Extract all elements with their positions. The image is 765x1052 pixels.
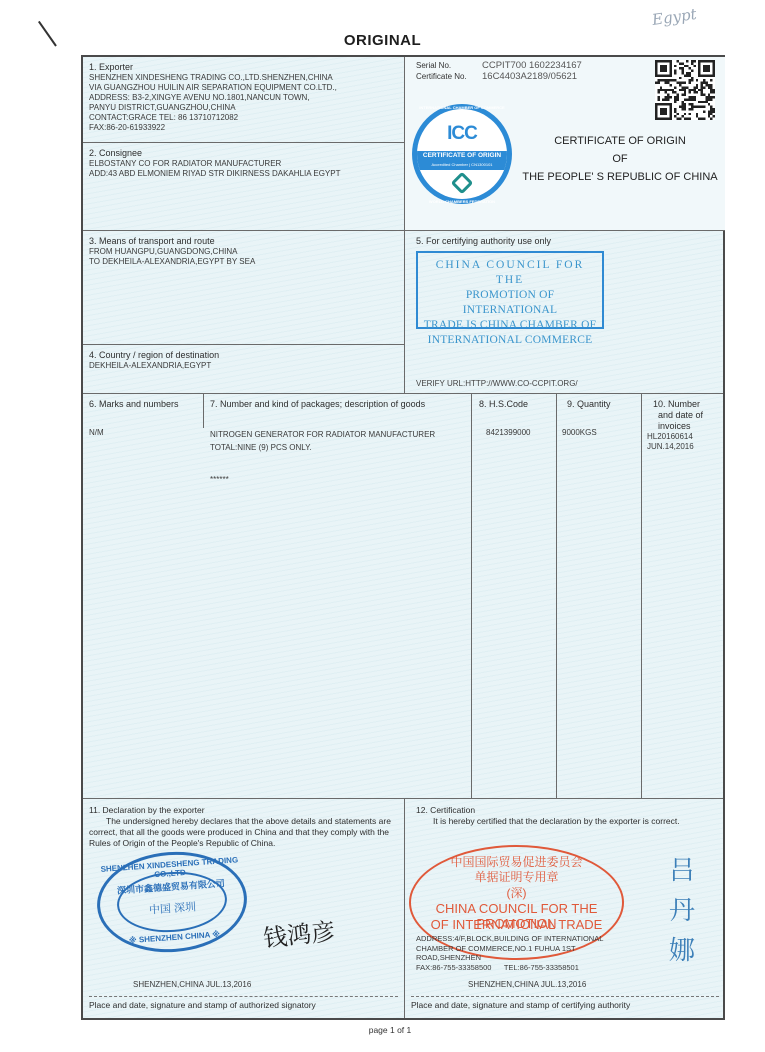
stamp-line: INTERNATIONAL COMMERCE: [422, 333, 598, 348]
certificate-form: 1. Exporter SHENZHEN XINDESHENG TRADING …: [81, 55, 725, 1020]
serial-label: Serial No.: [416, 61, 451, 70]
address-line: ROAD,SHENZHEN: [416, 953, 603, 963]
terminator: ******: [210, 475, 471, 485]
address-line: FAX:86-755-33358500 TEL:86-755-33358501: [416, 963, 603, 973]
exporter-declaration-box: 11. Declaration by the exporter The unde…: [83, 799, 405, 1018]
invoice-line: HL20160614: [647, 432, 725, 442]
transport-box: 3. Means of transport and route FROM HUA…: [83, 231, 405, 345]
icc-band-sub: Accredited Chamber | CN1300101: [417, 161, 507, 168]
address-line: CHAMBER OF COMMERCE,NO.1 FUHUA 1ST: [416, 944, 603, 954]
exporter-stamp: SHENZHEN XINDESHENG TRADING CO.,LTD 深圳市鑫…: [94, 847, 251, 957]
declaration-place-date: SHENZHEN,CHINA JUL.13,2016: [133, 980, 251, 989]
certifying-label: 5. For certifying authority use only: [416, 236, 725, 247]
marks-value: N/M: [89, 428, 203, 438]
invoice-line: JUN.14,2016: [647, 442, 725, 452]
description-line: TOTAL:NINE (9) PCS ONLY.: [210, 441, 471, 454]
verify-url: VERIFY URL:HTTP://WWW.CO-CCPIT.ORG/: [416, 379, 578, 388]
transport-line: FROM HUANGPU,GUANGDONG,CHINA: [89, 247, 404, 257]
declaration-text: The undersigned hereby declares that the…: [89, 816, 404, 849]
hs-code-header: 8. H.S.Code: [479, 399, 556, 410]
transport-line: TO DEKHEILA-ALEXANDRIA,EGYPT BY SEA: [89, 257, 404, 267]
invoice-header: invoices: [653, 421, 725, 432]
certificate-title: CERTIFICATE OF ORIGIN OF THE PEOPLE' S R…: [515, 132, 725, 186]
exporter-line: CONTACT:GRACE TEL: 86 13710712082: [89, 113, 404, 123]
handwritten-note: Egypt: [651, 5, 698, 29]
icc-logo-text: ICC: [417, 123, 507, 145]
invoice-header: 10. Number: [653, 399, 725, 410]
marks-column: 6. Marks and numbers N/M: [83, 394, 203, 798]
certifier-address: ADDRESS:4/F,BLOCK,BUILDING OF INTERNATIO…: [416, 934, 603, 972]
stamp-cn-line: (深): [411, 884, 622, 901]
certificate-title-line: THE PEOPLE' S REPUBLIC OF CHINA: [515, 168, 725, 186]
description-header: 7. Number and kind of packages; descript…: [210, 399, 471, 410]
serial-number: Serial No.CCPIT700 1602234167 Certificat…: [416, 60, 467, 82]
quantity-header: 9. Quantity: [567, 399, 641, 410]
stamp-line: TRADE IS CHINA CHAMBER OF: [422, 318, 598, 333]
stamp-cn-line: 单据证明专用章: [411, 868, 622, 885]
serial-value: CCPIT700 1602234167: [482, 60, 642, 71]
page-number: page 1 of 1: [0, 1025, 765, 1035]
consignee-line: ADD:43 ABD ELMONIEM RIYAD STR DIKIRNESS …: [89, 169, 404, 179]
description-column: 7. Number and kind of packages; descript…: [204, 394, 472, 798]
qr-code-icon: [655, 60, 715, 120]
exporter-label: 1. Exporter: [89, 62, 404, 73]
declaration-label: 11. Declaration by the exporter: [89, 805, 404, 816]
stamp-line: CHINA COUNCIL FOR THE: [422, 258, 598, 288]
exporter-signature: 钱鸿彦: [261, 911, 336, 953]
description-line: NITROGEN GENERATOR FOR RADIATOR MANUFACT…: [210, 428, 471, 441]
icc-ring-bottom: WORLD CHAMBERS FEDERATION: [412, 199, 512, 204]
exporter-line: ADDRESS: B3-2,XINGYE AVENU NO.1801,NANCU…: [89, 93, 404, 103]
certificate-title-line: CERTIFICATE OF ORIGIN: [515, 132, 725, 150]
declaration-footer: Place and date, signature and stamp of a…: [89, 1000, 316, 1010]
stamp-en-line: OF INTERNATIONAL TRADE: [411, 917, 622, 932]
destination-label: 4. Country / region of destination: [89, 350, 404, 361]
destination-value: DEKHEILA-ALEXANDRIA,EGYPT: [89, 361, 404, 371]
certification-place-date: SHENZHEN,CHINA JUL.13,2016: [468, 980, 586, 989]
invoice-header: and date of: [653, 410, 725, 421]
certificate-header: Serial No.CCPIT700 1602234167 Certificat…: [405, 57, 725, 231]
wcf-diamond-icon: [451, 172, 474, 195]
icc-band: CERTIFICATE OF ORIGIN Accredited Chamber…: [417, 151, 507, 170]
invoice-column: 10. Number and date of invoices HL201606…: [642, 394, 725, 798]
exporter-line: VIA GUANGZHOU HUILIN AIR SEPARATION EQUI…: [89, 83, 404, 93]
certification-text: It is hereby certified that the declarat…: [416, 816, 725, 827]
document-title: ORIGINAL: [0, 32, 765, 49]
certificate-title-line: OF: [515, 150, 725, 168]
stamp-line: PROMOTION OF INTERNATIONAL: [422, 288, 598, 318]
divider: [89, 996, 398, 997]
exporter-line: SHENZHEN XINDESHENG TRADING CO.,LTD.SHEN…: [89, 73, 404, 83]
hs-code-column: 8. H.S.Code 8421399000: [472, 394, 557, 798]
exporter-box: 1. Exporter SHENZHEN XINDESHENG TRADING …: [83, 57, 405, 143]
certificate-label: Certificate No.: [416, 72, 467, 81]
quantity-column: 9. Quantity 9000KGS: [557, 394, 642, 798]
consignee-box: 2. Consignee ELBOSTANY CO FOR RADIATOR M…: [83, 143, 405, 231]
certifier-signature: 吕丹娜: [667, 851, 697, 971]
consignee-line: ELBOSTANY CO FOR RADIATOR MANUFACTURER: [89, 159, 404, 169]
quantity-value: 9000KGS: [562, 428, 641, 438]
divider: [411, 996, 719, 997]
consignee-label: 2. Consignee: [89, 148, 404, 159]
certification-box: 12. Certification It is hereby certified…: [405, 799, 725, 1018]
icc-logo-seal: INTERNATIONAL CHAMBER OF COMMERCE ICC CE…: [412, 104, 512, 204]
address-line: ADDRESS:4/F,BLOCK,BUILDING OF INTERNATIO…: [416, 934, 603, 944]
marks-header: 6. Marks and numbers: [89, 399, 203, 410]
certifying-authority-box: 5. For certifying authority use only CHI…: [405, 231, 725, 393]
destination-box: 4. Country / region of destination DEKHE…: [83, 345, 405, 393]
exporter-line: PANYU DISTRICT,GUANGZHOU,CHINA: [89, 103, 404, 113]
ccpit-stamp: CHINA COUNCIL FOR THE PROMOTION OF INTER…: [416, 251, 604, 329]
icc-band-title: CERTIFICATE OF ORIGIN: [417, 151, 507, 161]
hs-code-value: 8421399000: [479, 428, 556, 438]
exporter-line: FAX:86-20-61933922: [89, 123, 404, 133]
certificate-value: 16C4403A2189/05621: [482, 71, 642, 82]
certification-label: 12. Certification: [416, 805, 725, 816]
certification-footer: Place and date, signature and stamp of c…: [411, 1000, 630, 1010]
transport-label: 3. Means of transport and route: [89, 236, 404, 247]
